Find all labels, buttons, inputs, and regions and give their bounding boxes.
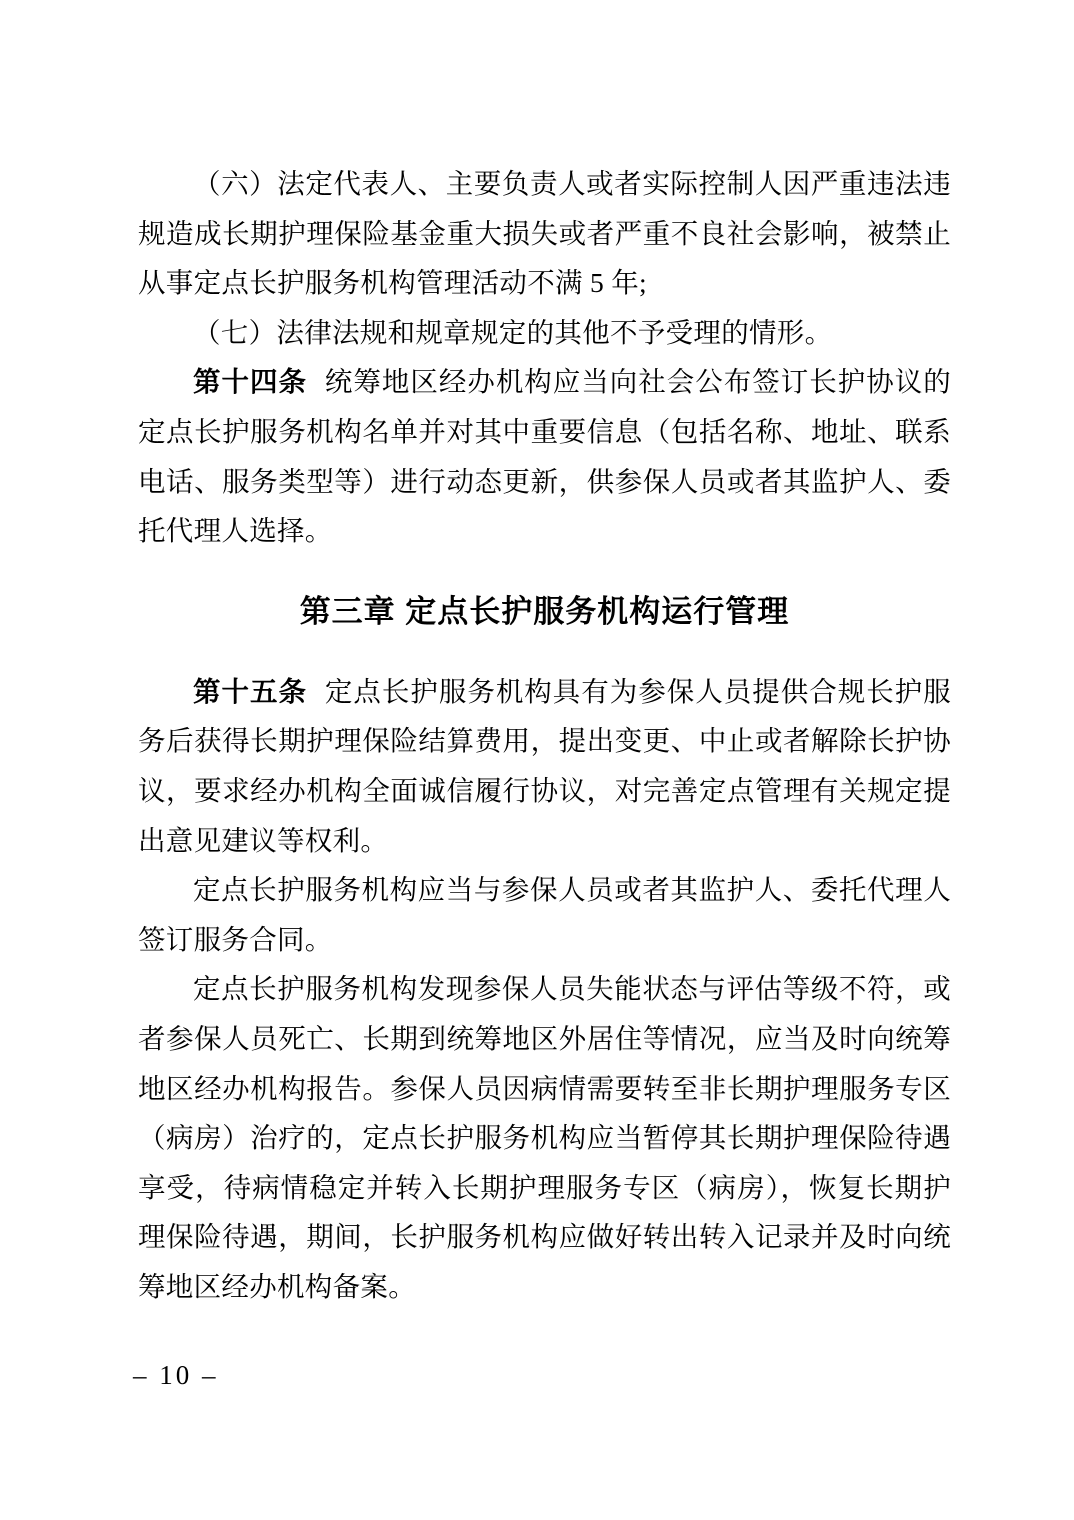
chapter-heading: 第三章 定点长护服务机构运行管理 [138,587,951,637]
paragraph: 第十五条定点长护服务机构具有为参保人员提供合规长护服务后获得长期护理保险结算费用… [138,667,951,865]
paragraph: 定点长护服务机构发现参保人员失能状态与评估等级不符，或者参保人员死亡、长期到统筹… [138,964,951,1311]
paragraph: 定点长护服务机构应当与参保人员或者其监护人、委托代理人签订服务合同。 [138,865,951,964]
article-number: 第十四条 [193,366,307,397]
document-page: （六）法定代表人、主要负责人或者实际控制人因严重违法违规造成长期护理保险基金重大… [0,0,1074,1520]
page-number: – 10 – [133,1357,219,1393]
article-number: 第十五条 [193,676,307,707]
paragraph: （七）法律法规和规章规定的其他不予受理的情形。 [138,308,951,358]
document-body: （六）法定代表人、主要负责人或者实际控制人因严重违法违规造成长期护理保险基金重大… [138,159,951,1311]
paragraph: （六）法定代表人、主要负责人或者实际控制人因严重违法违规造成长期护理保险基金重大… [138,159,951,308]
paragraph: 第十四条统筹地区经办机构应当向社会公布签订长护协议的定点长护服务机构名单并对其中… [138,357,951,555]
